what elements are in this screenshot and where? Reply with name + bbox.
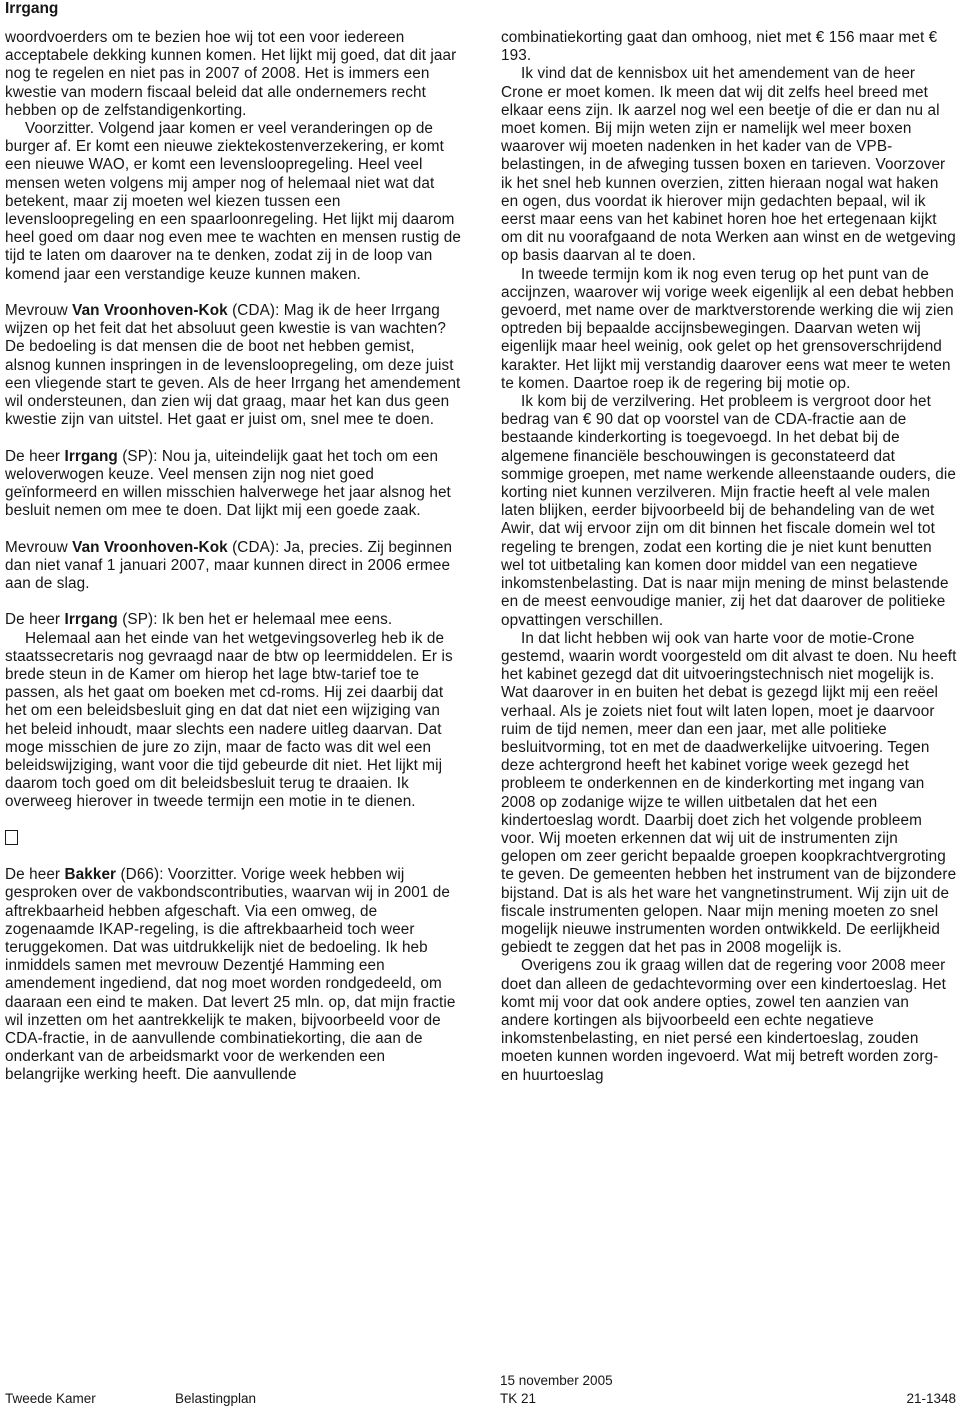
running-header-speaker: Irrgang [5, 0, 58, 18]
text-paragraph: combinatiekorting gaat dan omhoog, niet … [501, 29, 957, 65]
paragraph-text: Ik kom bij de verzilvering. Het probleem… [501, 393, 956, 628]
speech-paragraph: De heer Irrgang (SP): Ik ben het er hele… [5, 611, 461, 629]
speaker-name: Irrgang [64, 611, 117, 628]
text-paragraph: Overigens zou ik graag willen dat de reg… [501, 957, 957, 1084]
speech-paragraph: De heer Irrgang (SP): Nou ja, uiteindeli… [5, 448, 461, 521]
text-paragraph: Ik kom bij de verzilvering. Het probleem… [501, 393, 957, 630]
footer-session: TK 21 [500, 1390, 613, 1408]
text-paragraph: Ik vind dat de kennisbox uit het amendem… [501, 65, 957, 265]
marker-paragraph [5, 830, 461, 848]
column-right: combinatiekorting gaat dan omhoog, niet … [501, 29, 957, 1085]
paragraph-text: De heer [5, 866, 64, 883]
paragraph-text: (SP): Ik ben het er helemaal mee eens. [118, 611, 392, 628]
speaker-name: Van Vroonhoven-Kok [72, 539, 228, 556]
speech-paragraph: Mevrouw Van Vroonhoven-Kok (CDA): Ja, pr… [5, 539, 461, 594]
column-left: woordvoerders om te bezien hoe wij tot e… [5, 29, 461, 1085]
paragraph-text: In tweede termijn kom ik nog even terug … [501, 266, 954, 392]
paragraph-text: In dat licht hebben wij ook van harte vo… [501, 630, 956, 956]
text-paragraph: In tweede termijn kom ik nog even terug … [501, 266, 957, 393]
paragraph-text: Mevrouw [5, 302, 72, 319]
text-paragraph: In dat licht hebben wij ook van harte vo… [501, 630, 957, 958]
paragraph-text: combinatiekorting gaat dan omhoog, niet … [501, 29, 937, 64]
speaker-name: Bakker [64, 866, 116, 883]
paragraph-text: (D66): Voorzitter. Vorige week hebben wi… [5, 866, 455, 1083]
text-paragraph: Voorzitter. Volgend jaar komen er veel v… [5, 120, 461, 284]
paragraph-text: Overigens zou ik graag willen dat de reg… [501, 957, 946, 1083]
speech-paragraph: Mevrouw Van Vroonhoven-Kok (CDA): Mag ik… [5, 302, 461, 429]
text-paragraph: woordvoerders om te bezien hoe wij tot e… [5, 29, 461, 120]
paragraph-text: (CDA): Mag ik de heer Irrgang wijzen op … [5, 302, 460, 428]
footer-session-block: 15 november 2005 TK 21 [500, 1372, 613, 1408]
paragraph-text: De heer [5, 611, 64, 628]
paragraph-text: Ik vind dat de kennisbox uit het amendem… [501, 65, 956, 264]
paragraph-text: woordvoerders om te bezien hoe wij tot e… [5, 29, 456, 119]
footer-topic: Belastingplan [175, 1390, 256, 1408]
text-columns: woordvoerders om te bezien hoe wij tot e… [5, 29, 957, 1085]
text-paragraph: Helemaal aan het einde van het wetgeving… [5, 630, 461, 812]
speech-paragraph: De heer Bakker (D66): Voorzitter. Vorige… [5, 866, 461, 1084]
document-page: Irrgang woordvoerders om te bezien hoe w… [0, 0, 960, 1414]
paragraph-text: Mevrouw [5, 539, 72, 556]
footer-chamber: Tweede Kamer [5, 1390, 96, 1408]
paragraph-text: Voorzitter. Volgend jaar komen er veel v… [5, 120, 461, 283]
speaker-name: Van Vroonhoven-Kok [72, 302, 228, 319]
footer-page-number: 21-1348 [906, 1390, 956, 1408]
paragraph-text: De heer [5, 448, 64, 465]
paragraph-text: Helemaal aan het einde van het wetgeving… [5, 630, 453, 811]
square-marker-icon [5, 830, 18, 845]
speaker-name: Irrgang [64, 448, 117, 465]
footer-date: 15 november 2005 [500, 1372, 613, 1390]
